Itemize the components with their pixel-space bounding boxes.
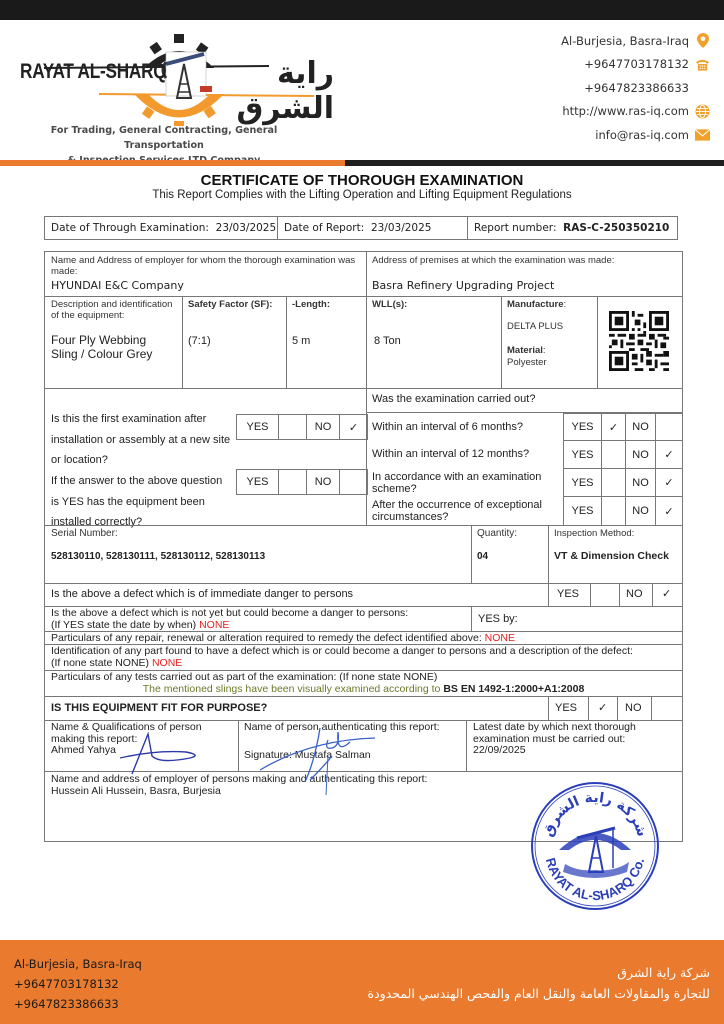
- quantity-value: 04: [477, 551, 488, 562]
- footer-phone-1[interactable]: +9647703178132: [14, 974, 142, 994]
- logo-english-text: RAYAT AL-SHARQ: [20, 60, 166, 84]
- report-date-field: Date of Report: 23/03/2025: [284, 222, 431, 234]
- first-exam-yes-checkbox[interactable]: [279, 415, 307, 439]
- part-defect-value: NONE: [152, 657, 182, 669]
- length-value: 5 m: [292, 335, 310, 347]
- exam-scheme-label: In accordance with an examination scheme…: [372, 471, 541, 495]
- report-number-field: Report number: RAS-C-250350210: [474, 222, 669, 234]
- premises-value: Basra Refinery Upgrading Project: [372, 279, 554, 292]
- location-pin-icon: [695, 33, 710, 48]
- yes-by-label: YES by:: [478, 613, 518, 625]
- exam-date-value: 23/03/2025: [216, 222, 277, 234]
- contact-block: Al-Burjesia, Basra-Iraq +9647703178132 +…: [561, 29, 710, 147]
- employer-persons-field: Name and address of employer of persons …: [51, 773, 427, 797]
- tests-standard: BS EN 1492-1:2000+A1:2008: [443, 683, 584, 695]
- employer-label: Name and Address of employer for whom th…: [51, 255, 361, 277]
- fit-yes-checkbox[interactable]: ✓: [598, 701, 607, 714]
- contact-phone-1[interactable]: +9647703178132: [561, 53, 710, 77]
- header-band-orange: [0, 160, 345, 166]
- employer-value: HYUNDAI E&C Company: [51, 279, 184, 292]
- manufacture-label: Manufacture:: [507, 299, 566, 310]
- globe-icon: [695, 104, 710, 119]
- safety-factor-label: Safety Factor (SF):: [188, 299, 272, 310]
- tests-label: Particulars of any tests carried out as …: [51, 671, 437, 683]
- material-value: Polyester: [507, 357, 547, 368]
- wll-value: 8 Ton: [374, 335, 401, 347]
- installed-no-checkbox[interactable]: [340, 470, 367, 494]
- report-maker-name: Ahmed Yahya: [51, 745, 202, 757]
- future-danger-value: NONE: [199, 619, 229, 631]
- certificate-subtitle: This Report Complies with the Lifting Op…: [0, 189, 724, 201]
- report-maker-field: Name & Qualifications of person making t…: [51, 722, 202, 757]
- exceptional-yes-checkbox[interactable]: [602, 497, 626, 525]
- contact-address: Al-Burjesia, Basra-Iraq: [561, 29, 710, 53]
- tagline-line-1: For Trading, General Contracting, Genera…: [14, 123, 314, 153]
- scheme-no-checkbox[interactable]: ✓: [656, 469, 682, 496]
- tests-value: The mentioned slings have been visually …: [45, 683, 682, 695]
- description-label: Description and identification of the eq…: [51, 299, 181, 321]
- exceptional-no-checkbox[interactable]: ✓: [656, 497, 682, 525]
- scheme-yes-checkbox[interactable]: [602, 469, 626, 496]
- interval-6-months-answer: YES ✓ NO: [563, 413, 682, 441]
- serial-number-label: Serial Number:: [51, 528, 118, 539]
- inspection-method-value: VT & Dimension Check: [554, 550, 669, 562]
- next-exam-date: 22/09/2025: [473, 745, 636, 757]
- next-exam-field: Latest date by which next thorough exami…: [473, 722, 636, 757]
- first-exam-answer: YES NO ✓: [236, 414, 368, 440]
- repair-value: NONE: [485, 632, 515, 644]
- interval-6-no-checkbox[interactable]: [656, 414, 682, 440]
- repair-field: Particulars of any repair, renewal or al…: [51, 632, 515, 644]
- immediate-danger-no-checkbox[interactable]: ✓: [662, 587, 671, 600]
- premises-label: Address of premises at which the examina…: [372, 255, 614, 266]
- certificate-title: CERTIFICATE OF THOROUGH EXAMINATION: [0, 172, 724, 189]
- installed-correctly-question: If the answer to the above question is Y…: [51, 471, 222, 533]
- serial-number-value: 528130110, 528130111, 528130112, 5281301…: [51, 551, 265, 562]
- exam-scheme-answer: YES NO ✓: [563, 468, 682, 497]
- first-exam-question: Is this the first examination after inst…: [51, 409, 230, 471]
- company-stamp-icon: شركة راية الشرق RAYAT AL-SHARQ Co.: [529, 780, 661, 912]
- footer-arabic-company: شركة راية الشرق للتجارة والمقاولات العام…: [368, 962, 710, 1004]
- examination-form: Name and Address of employer for whom th…: [44, 251, 683, 842]
- report-date-value: 23/03/2025: [371, 222, 432, 234]
- interval-12-months-label: Within an interval of 12 months?: [372, 448, 529, 460]
- safety-factor-value: (7:1): [188, 335, 211, 347]
- manufacture-value: DELTA PLUS: [507, 321, 563, 332]
- interval-12-no-checkbox[interactable]: ✓: [656, 441, 682, 468]
- immediate-danger-label: Is the above a defect which is of immedi…: [51, 588, 353, 600]
- svg-text:RAYAT AL-SHARQ Co.: RAYAT AL-SHARQ Co.: [543, 856, 647, 903]
- interval-6-yes-checkbox[interactable]: ✓: [602, 414, 626, 440]
- contact-email[interactable]: info@ras-iq.com: [561, 123, 710, 147]
- installed-yes-checkbox[interactable]: [279, 470, 307, 494]
- footer-phone-2[interactable]: +9647823386633: [14, 994, 142, 1014]
- header-band-black: [345, 160, 724, 166]
- interval-12-months-answer: YES NO ✓: [563, 441, 682, 469]
- part-defect-field: Identification of any part found to have…: [51, 645, 633, 669]
- interval-6-months-label: Within an interval of 6 months?: [372, 421, 523, 433]
- report-number-value: RAS-C-250350210: [563, 222, 669, 234]
- employer-persons-value: Hussein Ali Hussein, Basra, Burjesia: [51, 785, 427, 797]
- carried-out-heading: Was the examination carried out?: [372, 393, 535, 405]
- exceptional-circumstances-answer: YES NO ✓: [563, 496, 682, 525]
- footer-contact: Al-Burjesia, Basra-Iraq +9647703178132 +…: [14, 954, 142, 1014]
- quantity-label: Quantity:: [477, 528, 517, 539]
- logo-arabic-text: راية الشرق: [214, 56, 334, 126]
- authenticator-value: Signature: Mustafa Salman: [244, 749, 371, 761]
- top-black-bar: [0, 0, 724, 20]
- exceptional-circumstances-label: After the occurrence of exceptional circ…: [372, 499, 542, 523]
- interval-12-yes-checkbox[interactable]: [602, 441, 626, 468]
- company-logo: RAYAT AL-SHARQ راية الشرق: [14, 26, 334, 126]
- future-danger-label: Is the above a defect which is not yet b…: [51, 607, 408, 631]
- authenticator-label: Name of person authenticating this repor…: [244, 722, 440, 734]
- exam-date-field: Date of Through Examination: 23/03/2025: [51, 222, 276, 234]
- footer-address: Al-Burjesia, Basra-Iraq: [14, 954, 142, 974]
- page-footer: Al-Burjesia, Basra-Iraq +9647703178132 +…: [0, 940, 724, 1024]
- installed-correctly-answer: YES NO: [236, 469, 368, 495]
- dates-row: Date of Through Examination: 23/03/2025 …: [44, 216, 678, 240]
- wll-label: WLL(s):: [372, 299, 407, 310]
- material-label: Material:: [507, 345, 546, 356]
- contact-website[interactable]: http://www.ras-iq.com: [561, 100, 710, 124]
- qr-code-icon[interactable]: [609, 311, 669, 371]
- fit-for-purpose-label: IS THIS EQUIPMENT FIT FOR PURPOSE?: [51, 702, 267, 714]
- envelope-icon: [695, 127, 710, 142]
- first-exam-no-checkbox[interactable]: ✓: [340, 415, 367, 439]
- contact-phone-2[interactable]: +9647823386633: [561, 76, 710, 100]
- phone-icon: [695, 57, 710, 72]
- description-value: Four Ply Webbing Sling / Colour Grey: [51, 333, 152, 361]
- inspection-method-label: Inspection Method:: [554, 528, 634, 539]
- length-label: -Length:: [292, 299, 330, 310]
